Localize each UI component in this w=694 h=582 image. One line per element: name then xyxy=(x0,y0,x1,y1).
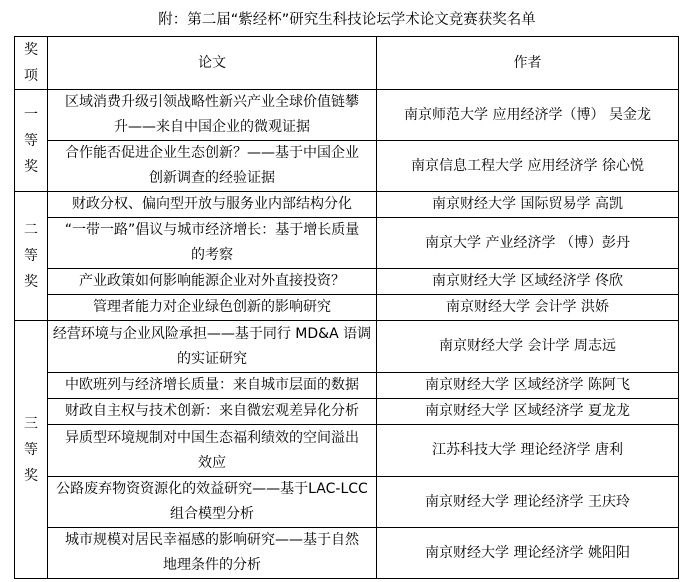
award-char: 等 xyxy=(15,128,47,154)
table-row: 异质型环境规制对中国生态福利绩效的空间溢出 效应 江苏科技大学 理论经济学 唐利 xyxy=(15,425,679,477)
paper-title-line: 财政自主权与技术创新：来自微宏观差异化分析 xyxy=(50,399,374,424)
table-row: 产业政策如何影响能源企业对外直接投资？ 南京财经大学 区域经济学 佟欣 xyxy=(15,269,679,295)
paper-title: 经营环境与企业风险承担——基于同行 MD&A 语调 的实证研究 xyxy=(48,321,377,373)
award-level-first: 一 等 奖 xyxy=(15,90,48,192)
paper-title-line: 城市规模对居民幸福感的影响研究——基于自然 xyxy=(50,528,374,553)
author: 南京财经大学 理论经济学 王庆玲 xyxy=(377,477,679,528)
header-award-char: 奖 xyxy=(15,37,47,63)
paper-title: 管理者能力对企业绿色创新的影响研究 xyxy=(48,295,377,321)
paper-title: 财政自主权与技术创新：来自微宏观差异化分析 xyxy=(48,399,377,425)
award-char: 三 xyxy=(15,411,47,437)
award-table: 奖 项 论文 作者 一 等 奖 区域消费升级引领战略性新兴产业全球价值链攀 升—… xyxy=(14,36,679,579)
header-award: 奖 项 xyxy=(15,37,48,90)
paper-title: 财政分权、偏向型开放与服务业内部结构分化 xyxy=(48,192,377,218)
paper-title-line: 经营环境与企业风险承担——基于同行 MD&A 语调 xyxy=(50,322,374,347)
author: 南京信息工程大学 应用经济学 徐心悦 xyxy=(377,141,679,192)
award-char: 二 xyxy=(15,217,47,243)
paper-title: 合作能否促进企业生态创新？——基于中国企业 创新调查的经验证据 xyxy=(48,141,377,192)
paper-title-line: 产业政策如何影响能源企业对外直接投资？ xyxy=(50,269,374,294)
author: 南京财经大学 区域经济学 陈阿飞 xyxy=(377,373,679,399)
paper-title-line: 创新调查的经验证据 xyxy=(50,166,374,191)
table-row: 中欧班列与经济增长质量：来自城市层面的数据 南京财经大学 区域经济学 陈阿飞 xyxy=(15,373,679,399)
author: 南京财经大学 理论经济学 姚阳阳 xyxy=(377,528,679,579)
award-char: 奖 xyxy=(15,154,47,180)
header-author: 作者 xyxy=(377,37,679,90)
paper-title: 中欧班列与经济增长质量：来自城市层面的数据 xyxy=(48,373,377,399)
paper-title-line: 区域消费升级引领战略性新兴产业全球价值链攀 xyxy=(50,90,374,115)
author: 南京财经大学 会计学 周志远 xyxy=(377,321,679,373)
table-row: 三 等 奖 经营环境与企业风险承担——基于同行 MD&A 语调 的实证研究 南京… xyxy=(15,321,679,373)
paper-title: 产业政策如何影响能源企业对外直接投资？ xyxy=(48,269,377,295)
author: 江苏科技大学 理论经济学 唐利 xyxy=(377,425,679,477)
table-row: 管理者能力对企业绿色创新的影响研究 南京财经大学 会计学 洪娇 xyxy=(15,295,679,321)
award-char: 等 xyxy=(15,437,47,463)
table-row: 二 等 奖 财政分权、偏向型开放与服务业内部结构分化 南京财经大学 国际贸易学 … xyxy=(15,192,679,218)
award-level-second: 二 等 奖 xyxy=(15,192,48,321)
award-char: 奖 xyxy=(15,269,47,295)
table-row: 城市规模对居民幸福感的影响研究——基于自然 地理条件的分析 南京财经大学 理论经… xyxy=(15,528,679,579)
paper-title: 异质型环境规制对中国生态福利绩效的空间溢出 效应 xyxy=(48,425,377,477)
header-paper: 论文 xyxy=(48,37,377,90)
paper-title-line: 合作能否促进企业生态创新？——基于中国企业 xyxy=(50,141,374,166)
paper-title-line: “一带一路”倡议与城市经济增长：基于增长质量 xyxy=(50,218,374,243)
author: 南京师范大学 应用经济学（博） 吴金龙 xyxy=(377,90,679,141)
table-header-row: 奖 项 论文 作者 xyxy=(15,37,679,90)
author: 南京大学 产业经济学 （博）彭丹 xyxy=(377,218,679,269)
paper-title-line: 管理者能力对企业绿色创新的影响研究 xyxy=(50,295,374,320)
paper-title-line: 公路废弃物资资源化的效益研究——基于LAC-LCC xyxy=(50,477,374,502)
author: 南京财经大学 会计学 洪娇 xyxy=(377,295,679,321)
paper-title-line: 财政分权、偏向型开放与服务业内部结构分化 xyxy=(50,192,374,217)
table-row: 一 等 奖 区域消费升级引领战略性新兴产业全球价值链攀 升——来自中国企业的微观… xyxy=(15,90,679,141)
award-level-third: 三 等 奖 xyxy=(15,321,48,579)
paper-title: 城市规模对居民幸福感的影响研究——基于自然 地理条件的分析 xyxy=(48,528,377,579)
paper-title-line: 异质型环境规制对中国生态福利绩效的空间溢出 xyxy=(50,426,374,451)
author: 南京财经大学 区域经济学 夏龙龙 xyxy=(377,399,679,425)
paper-title: “一带一路”倡议与城市经济增长：基于增长质量 的考察 xyxy=(48,218,377,269)
paper-title-line: 的实证研究 xyxy=(50,347,374,372)
header-award-char: 项 xyxy=(15,63,47,89)
award-char: 一 xyxy=(15,102,47,128)
award-char: 等 xyxy=(15,243,47,269)
paper-title-line: 效应 xyxy=(50,451,374,476)
table-row: 公路废弃物资资源化的效益研究——基于LAC-LCC 组合模型分析 南京财经大学 … xyxy=(15,477,679,528)
paper-title-line: 组合模型分析 xyxy=(50,502,374,527)
paper-title-line: 的考察 xyxy=(50,243,374,268)
table-row: 财政自主权与技术创新：来自微宏观差异化分析 南京财经大学 区域经济学 夏龙龙 xyxy=(15,399,679,425)
paper-title: 区域消费升级引领战略性新兴产业全球价值链攀 升——来自中国企业的微观证据 xyxy=(48,90,377,141)
author: 南京财经大学 国际贸易学 高凯 xyxy=(377,192,679,218)
document-title: 附：第二届“紫经杯”研究生科技论坛学术论文竞赛获奖名单 xyxy=(0,8,694,29)
paper-title-line: 地理条件的分析 xyxy=(50,553,374,578)
paper-title-line: 升——来自中国企业的微观证据 xyxy=(50,115,374,140)
author: 南京财经大学 区域经济学 佟欣 xyxy=(377,269,679,295)
table-row: 合作能否促进企业生态创新？——基于中国企业 创新调查的经验证据 南京信息工程大学… xyxy=(15,141,679,192)
award-char: 奖 xyxy=(15,463,47,489)
paper-title: 公路废弃物资资源化的效益研究——基于LAC-LCC 组合模型分析 xyxy=(48,477,377,528)
table-row: “一带一路”倡议与城市经济增长：基于增长质量 的考察 南京大学 产业经济学 （博… xyxy=(15,218,679,269)
paper-title-line: 中欧班列与经济增长质量：来自城市层面的数据 xyxy=(50,373,374,398)
